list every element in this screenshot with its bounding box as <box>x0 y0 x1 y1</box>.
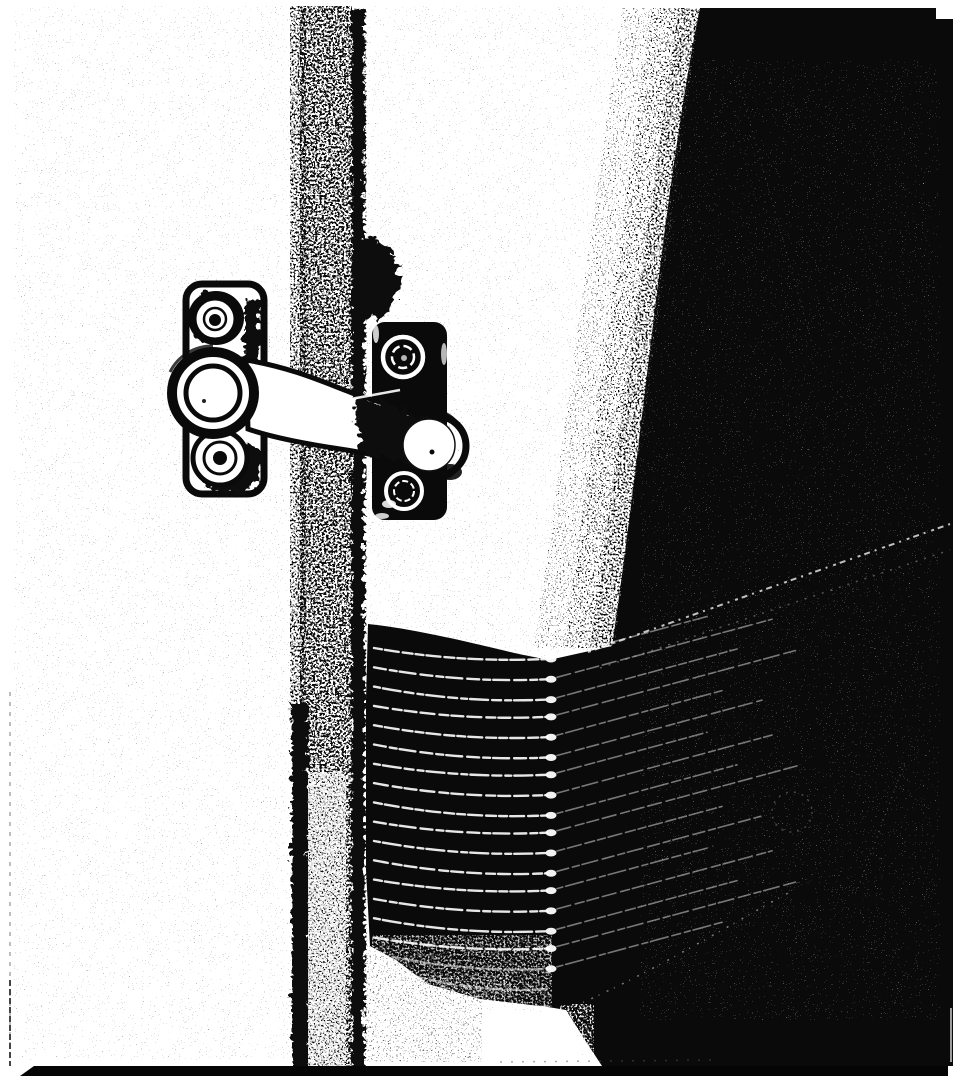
knob-face <box>403 419 455 471</box>
right-plate-top-screw <box>383 337 423 377</box>
photo-canvas: High-contrast black and white photograph… <box>0 0 963 1080</box>
grille-corner-highlight <box>546 812 557 819</box>
window-bar-left-edge-band <box>289 700 306 1066</box>
grille-corner-highlight <box>546 771 557 778</box>
below-grille-specks <box>362 950 482 1062</box>
grille-corner-highlight <box>546 676 557 683</box>
grille-corner-highlight <box>546 696 557 703</box>
lever-pivot-boss <box>170 346 254 434</box>
grille-corner-highlight <box>546 928 557 935</box>
grille-corner-highlight <box>546 656 557 663</box>
right-plate-edge-glint-2 <box>441 343 447 365</box>
grille-corner-highlight <box>546 907 557 914</box>
window-bar-left-edge-speckle <box>290 6 306 710</box>
grille-corner-highlight <box>546 792 557 799</box>
grille-corner-highlight <box>546 965 557 972</box>
boss-glint <box>202 399 206 403</box>
window-bar-lower-specks <box>308 772 346 1066</box>
grille-corner-highlight <box>546 754 557 761</box>
boss-inner-ring <box>186 366 240 420</box>
screw-center <box>401 355 407 361</box>
grille-corner-highlight <box>546 945 557 952</box>
frame-bottom-bar <box>20 1066 948 1076</box>
dark-field-dust <box>640 60 940 1020</box>
right-plate-edge-glint <box>373 325 379 343</box>
left-plate-top-screw <box>188 291 244 345</box>
screw-glint <box>382 500 396 508</box>
screw-center <box>213 451 227 465</box>
grille-corner-highlight <box>546 887 557 894</box>
screw-center <box>209 314 221 326</box>
window-bar-right-edge-chunks <box>352 30 366 210</box>
grille-corner-highlight <box>546 713 557 720</box>
left-plate-bottom-screw <box>193 431 247 485</box>
right-plate-edge-glint-3 <box>375 513 389 519</box>
grille-corner-highlight <box>546 850 557 857</box>
grille-corner-highlight <box>546 870 557 877</box>
door-white-patch-edge-speckle <box>560 1004 594 1066</box>
grille-corner-highlight <box>546 734 557 741</box>
knob-dimple <box>430 450 435 455</box>
grille-corner-highlight <box>546 829 557 836</box>
photograph: High-contrast black and white photograph… <box>0 0 963 1080</box>
